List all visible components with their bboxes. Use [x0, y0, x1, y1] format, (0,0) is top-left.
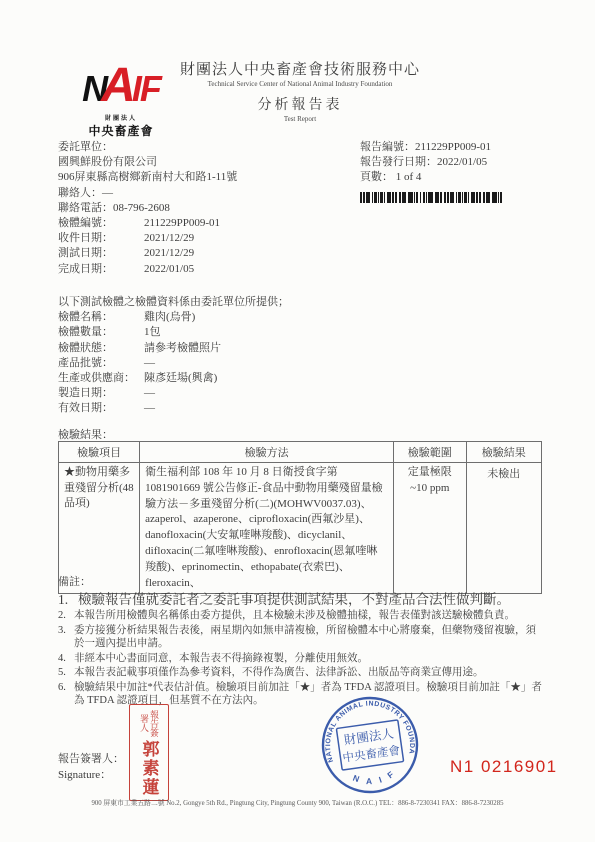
sample-name-label: 檢體名稱： [58, 310, 144, 325]
sample-info-intro: 以下測試檢體之檢體資料係由委託單位所提供； [58, 295, 289, 310]
exp-date-label: 有效日期： [58, 401, 144, 416]
stamp-signer-name: 郭素蓮 [141, 740, 158, 797]
note-number: 3. [58, 624, 74, 651]
org-name-zh: 財團法人中央畜產會技術服務中心 [100, 58, 500, 79]
sample-state-label: 檢體狀態： [58, 341, 144, 356]
sample-number-label: 檢體編號： [58, 216, 144, 231]
exp-date-value: — [144, 402, 155, 414]
complete-date-value: 2022/01/05 [144, 263, 194, 275]
signer-label-en: Signature： [58, 768, 124, 784]
sample-state-value: 請參考檢體照片 [144, 342, 221, 354]
note-text: 委方接獲分析結果報告表後，兩星期內如無申請複檢，所留檢體本中心將廢棄，但藥物殘留… [74, 624, 546, 651]
report-title-zh: 分析報告表 [100, 94, 500, 114]
received-date-label: 收件日期： [58, 231, 144, 246]
note-item: 1.檢驗報告僅就委託者之委託事項提供測試結果，不對產品合法性做判斷。 [58, 591, 546, 608]
note-item: 5.本報告表記載事項僅作為參考資料，不得作為廣告、法律訴訟、出版品等商業宣傳用途… [58, 666, 546, 680]
col-header-method: 檢驗方法 [140, 442, 394, 463]
sample-info-block: 以下測試檢體之檢體資料係由委託單位所提供； 檢體名稱：雞肉(烏骨) 檢體數量：1… [58, 295, 289, 417]
note-item: 3.委方接獲分析結果報告表後，兩星期內如無申請複檢，所留檢體本中心將廢棄，但藥物… [58, 624, 546, 651]
results-section-label: 檢驗結果： [58, 426, 113, 442]
mfg-date-value: — [144, 387, 155, 399]
report-meta-block: 報告編號：211229PP009-01 報告發行日期：2022/01/05 頁數… [360, 140, 502, 203]
test-date-value: 2021/12/29 [144, 247, 194, 259]
issue-date: 報告發行日期：2022/01/05 [360, 155, 502, 170]
report-title-en: Test Report [100, 115, 500, 123]
test-date-label: 測試日期： [58, 246, 144, 261]
note-number: 6. [58, 681, 74, 708]
note-number: 2. [58, 609, 74, 623]
note-number: 4. [58, 652, 74, 666]
note-text: 本報告所用檢體與名稱係由委方提供，且本檢驗未涉及檢體抽樣，報告表僅對該送驗檢體負… [74, 609, 515, 623]
note-number: 1. [58, 591, 78, 608]
client-block: 委託單位： 國興鮮股份有限公司 906屏東縣高樹鄉新南村大和路1-11號 聯絡人… [58, 140, 237, 277]
received-date-row: 收件日期：2021/12/29 [58, 231, 237, 246]
foundation-round-seal: NATIONAL ANIMAL INDUSTRY FOUNDATION N A … [311, 686, 428, 803]
report-serial-number: N1 0216901 [450, 757, 558, 777]
batch-no-row: 產品批號：— [58, 356, 289, 371]
sample-name-row: 檢體名稱：雞肉(烏骨) [58, 310, 289, 325]
received-date-value: 2021/12/29 [144, 232, 194, 244]
footer-address: 900 屏東市工業五路二號 No.2, Gongye 5th Rd., Ping… [0, 797, 595, 807]
seal-inner-line1: 財團法人 [343, 726, 395, 748]
note-number: 5. [58, 666, 74, 680]
batch-no-label: 產品批號： [58, 356, 144, 371]
signature-block: 報告簽署人： Signature： [58, 752, 124, 783]
supplier-value: 陳彥廷場(興禽) [144, 372, 217, 384]
test-report-page: NAIF 財團法人 中央畜產會 財團法人中央畜產會技術服務中心 Technica… [0, 0, 595, 842]
report-header: 財團法人中央畜產會技術服務中心 Technical Service Center… [100, 58, 500, 123]
note-text: 非經本中心書面同意，本報告表不得摘錄複製，分離使用無效。 [74, 652, 368, 666]
note-text: 檢驗報告僅就委託者之委託事項提供測試結果，不對產品合法性做判斷。 [78, 591, 510, 608]
notes-section: 備註： 1.檢驗報告僅就委託者之委託事項提供測試結果，不對產品合法性做判斷。 2… [58, 573, 546, 709]
logo-subtitle: 中央畜產會 [62, 122, 180, 139]
barcode [360, 192, 502, 203]
sample-number-value: 211229PP009-01 [144, 217, 220, 229]
sample-number-row: 檢體編號：211229PP009-01 [58, 216, 237, 231]
col-header-item: 檢驗項目 [59, 442, 140, 463]
sample-qty-row: 檢體數量：1包 [58, 325, 289, 340]
client-contact: 聯絡人：— [58, 186, 237, 201]
mfg-date-row: 製造日期：— [58, 386, 289, 401]
stamp-title: 報告簽署人 [139, 708, 159, 738]
sample-state-row: 檢體狀態：請參考檢體照片 [58, 341, 289, 356]
page-count: 頁數： 1 of 4 [360, 170, 502, 185]
supplier-row: 生產或供應商：陳彥廷場(興禽) [58, 371, 289, 386]
sample-qty-label: 檢體數量： [58, 325, 144, 340]
sample-qty-value: 1包 [144, 326, 161, 338]
client-name: 國興鮮股份有限公司 [58, 155, 237, 170]
results-table: 檢驗項目 檢驗方法 檢驗範圍 檢驗結果 ★動物用藥多重殘留分析(48 品項) 衛… [58, 441, 542, 594]
note-item: 4.非經本中心書面同意，本報告表不得摘錄複製，分離使用無效。 [58, 652, 546, 666]
client-phone: 聯絡電話：08-796-2608 [58, 201, 237, 216]
report-number: 報告編號：211229PP009-01 [360, 140, 502, 155]
round-seal-svg: NATIONAL ANIMAL INDUSTRY FOUNDATION N A … [311, 686, 428, 803]
mfg-date-label: 製造日期： [58, 386, 144, 401]
supplier-label: 生產或供應商： [58, 371, 144, 386]
signer-label-zh: 報告簽署人： [58, 752, 124, 768]
notes-label: 備註： [58, 573, 546, 589]
client-label: 委託單位： [58, 140, 237, 155]
results-header-row: 檢驗項目 檢驗方法 檢驗範圍 檢驗結果 [59, 442, 542, 463]
complete-date-row: 完成日期：2022/01/05 [58, 262, 237, 277]
col-header-range: 檢驗範圍 [393, 442, 466, 463]
sample-name-value: 雞肉(烏骨) [144, 311, 195, 323]
note-text: 本報告表記載事項僅作為參考資料，不得作為廣告、法律訴訟、出版品等商業宣傳用途。 [74, 666, 484, 680]
client-address: 906屏東縣高樹鄉新南村大和路1-11號 [58, 170, 237, 185]
note-item: 2.本報告所用檢體與名稱係由委方提供，且本檢驗未涉及檢體抽樣，報告表僅對該送驗檢… [58, 609, 546, 623]
exp-date-row: 有效日期：— [58, 401, 289, 416]
org-name-en: Technical Service Center of National Ani… [100, 80, 500, 88]
test-date-row: 測試日期：2021/12/29 [58, 246, 237, 261]
col-header-result: 檢驗結果 [466, 442, 541, 463]
complete-date-label: 完成日期： [58, 262, 144, 277]
batch-no-value: — [144, 357, 155, 369]
signer-name-stamp: 報告簽署人 郭素蓮 [129, 704, 169, 801]
